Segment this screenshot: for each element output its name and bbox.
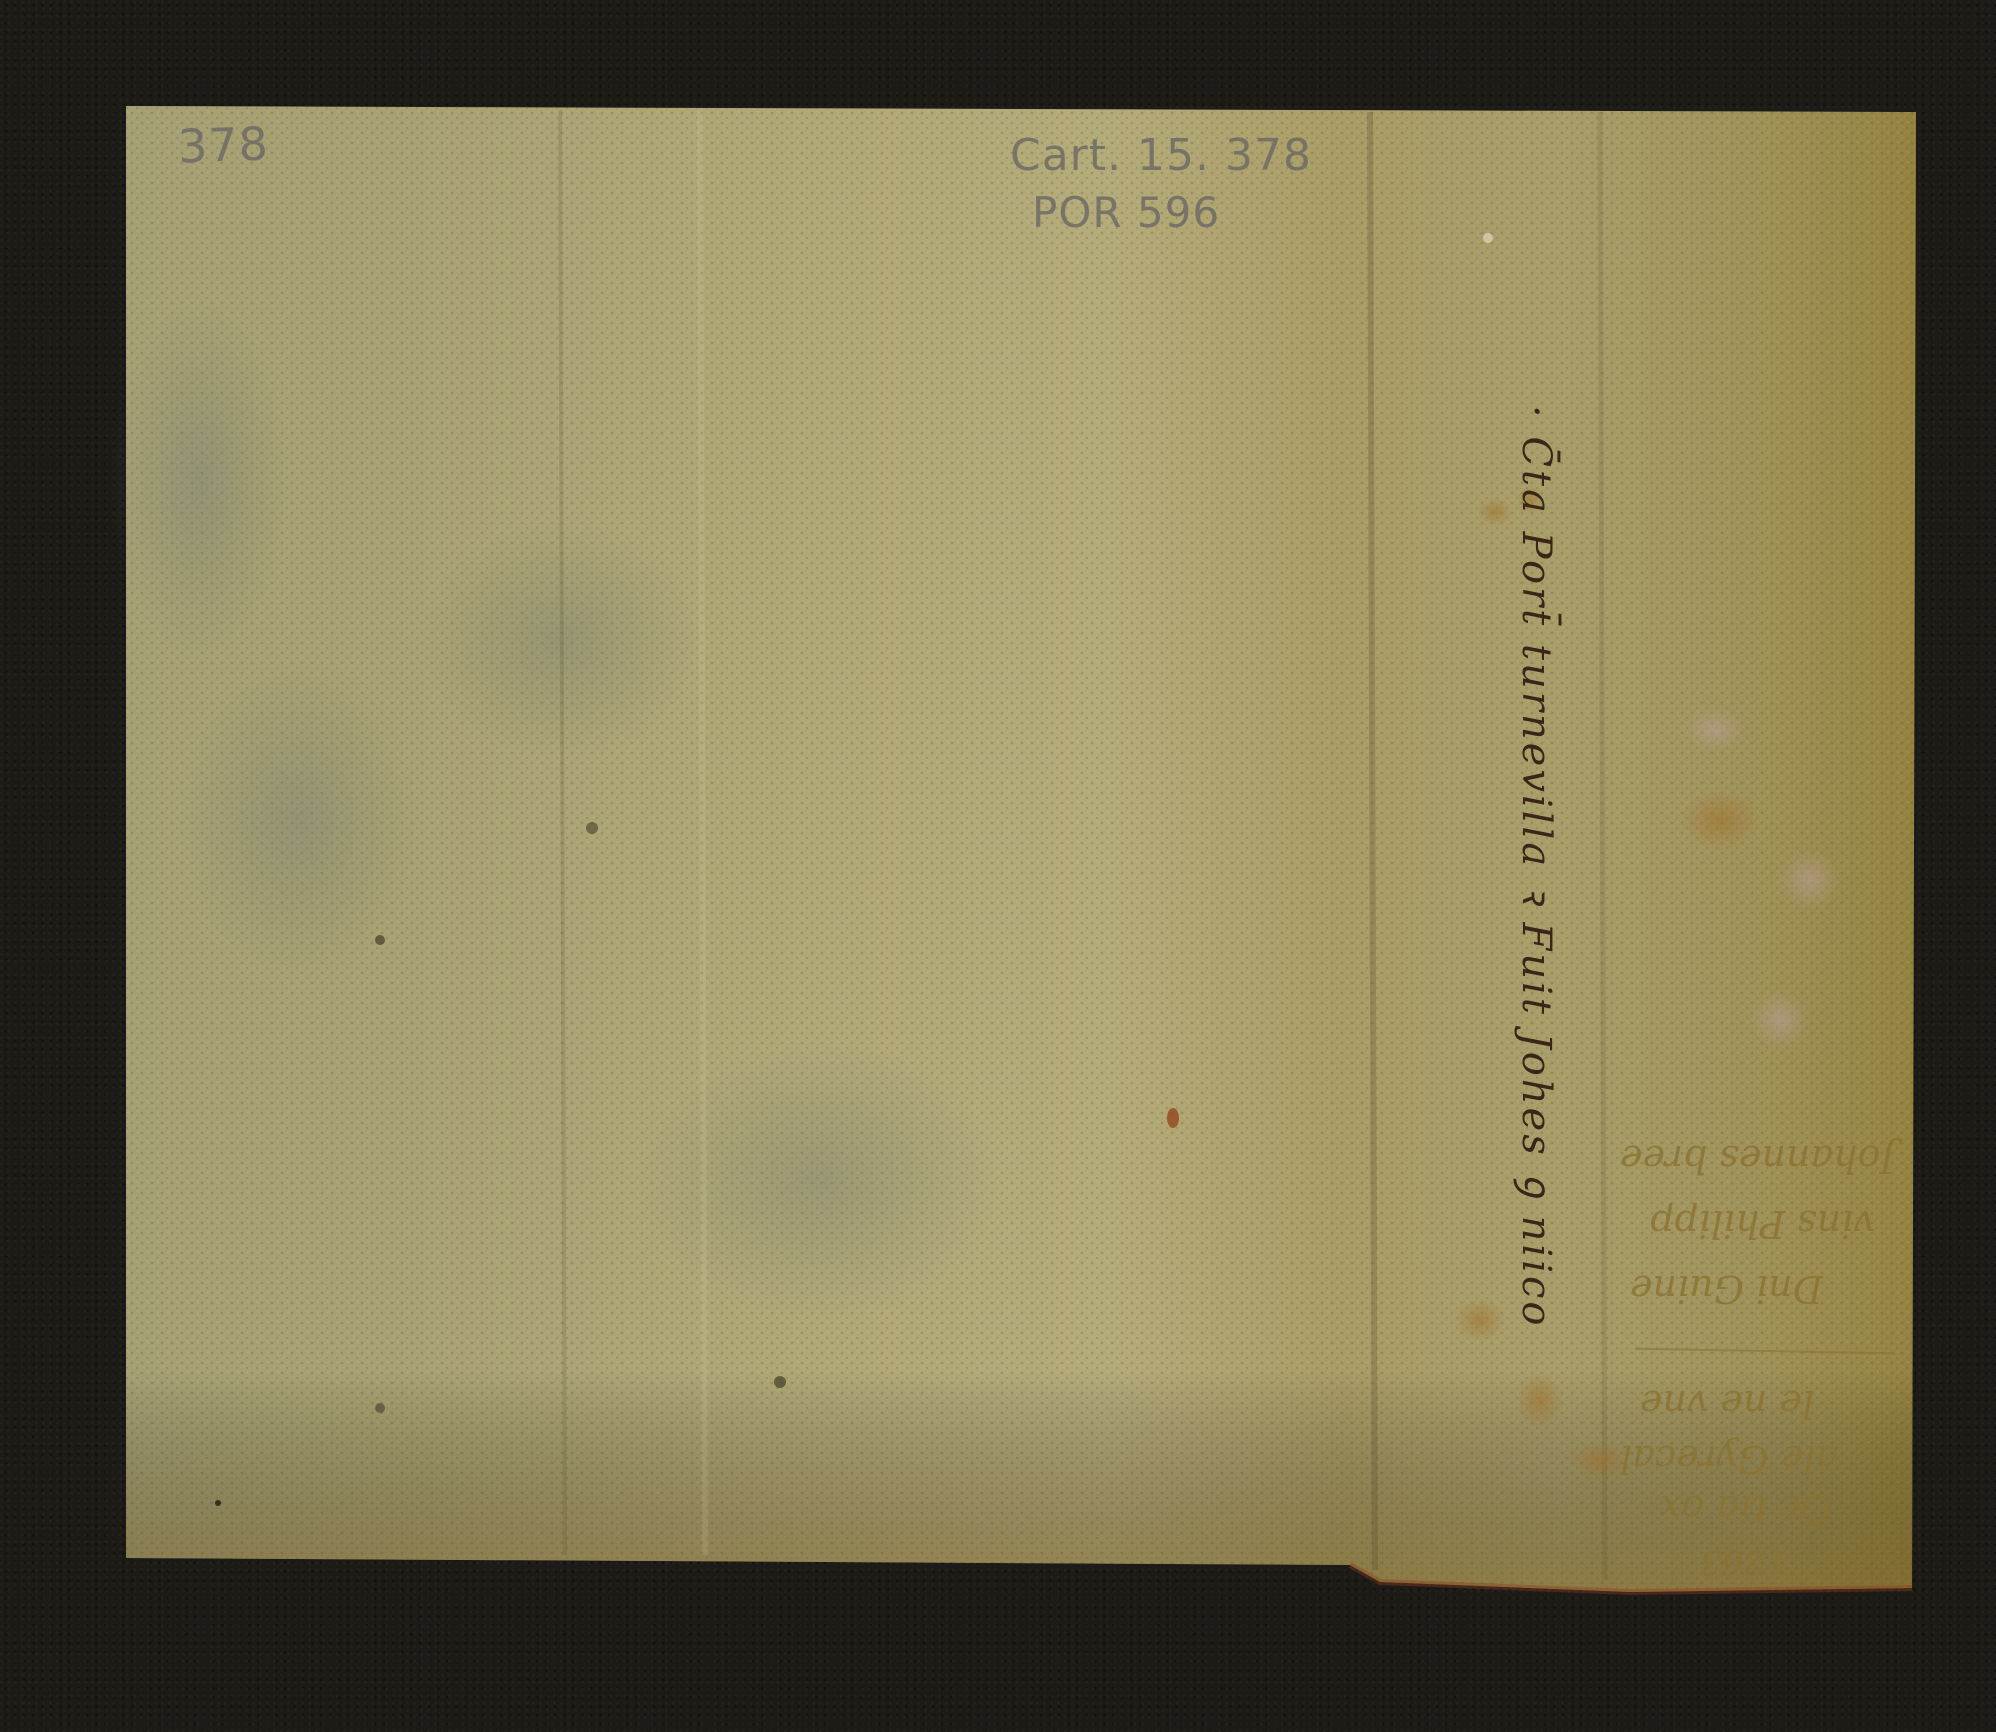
later-note-line: vins Philipp bbox=[1650, 1205, 1875, 1243]
folio-number: 378 bbox=[177, 120, 269, 169]
later-note-line: Oc tia ox bbox=[1660, 1490, 1831, 1528]
later-note-line: Dni Guine bbox=[1630, 1270, 1823, 1308]
later-note-line: le ne vne bbox=[1640, 1385, 1814, 1423]
parchment-sheet: 378 Cart. 15. 378 POR 596 · C̄ta Port̄ t… bbox=[0, 0, 1996, 1732]
shelfmark-line-1: Cart. 15. 378 bbox=[1010, 134, 1312, 178]
later-note-date: 1263 bbox=[1700, 1545, 1787, 1579]
later-note-line: ale Gyrecal bbox=[1620, 1440, 1838, 1478]
medieval-endorsement: · C̄ta Port̄ turnevilla ꝛ Fuit Johes ꝯ n… bbox=[1516, 405, 1556, 1328]
shelfmark-line-2: POR 596 bbox=[1032, 192, 1220, 234]
later-note-line: Johannes bree bbox=[1620, 1140, 1896, 1178]
